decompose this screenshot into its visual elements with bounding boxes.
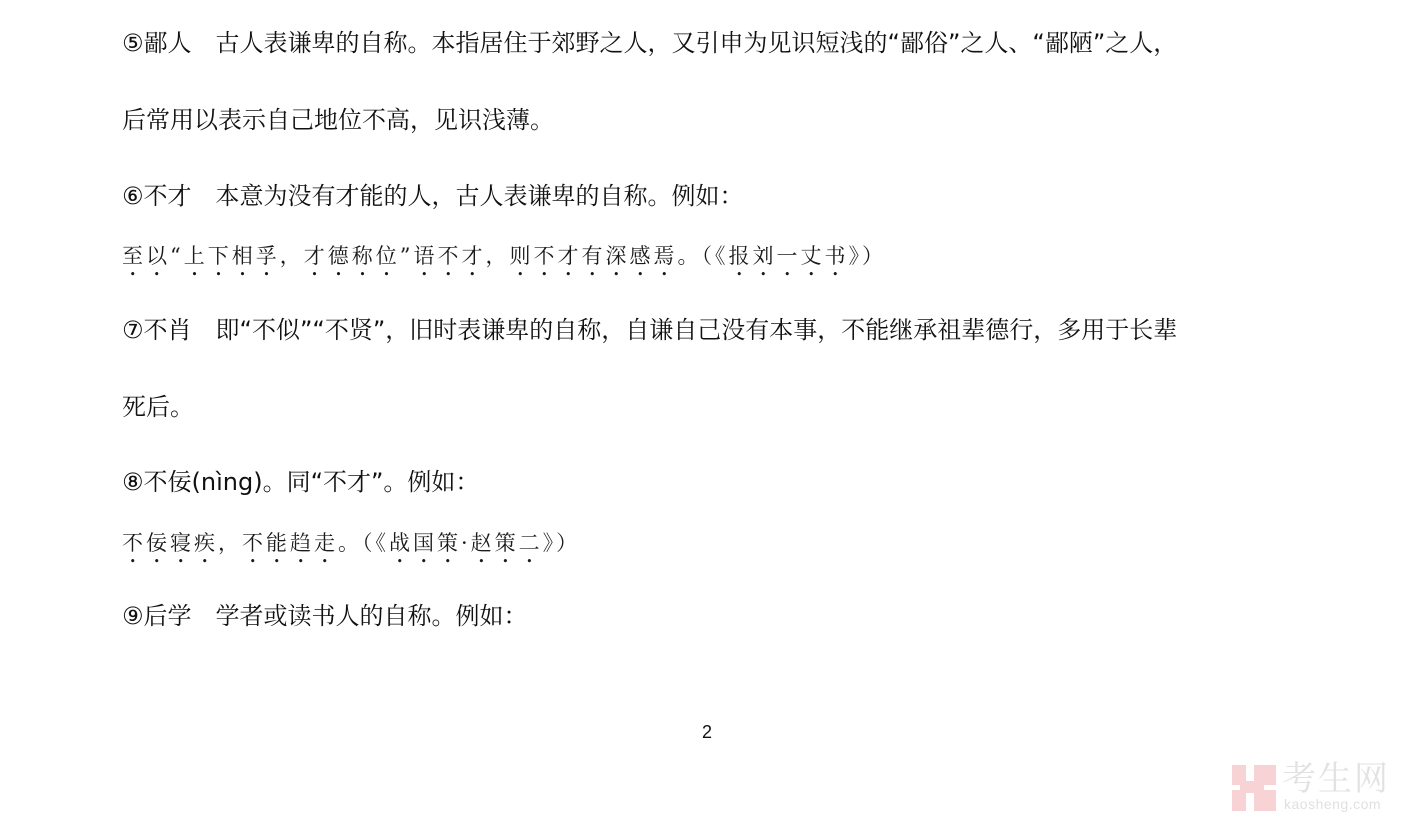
- watermark-brand-en: kaosheng.com: [1284, 796, 1381, 812]
- entry-9-line-1: ⑨后学 学者或读书人的自称。例如：: [122, 601, 528, 631]
- kaosheng-watermark: 考生网 kaosheng.com: [1232, 765, 1402, 815]
- page-number: 2: [0, 722, 1414, 743]
- entry-7-line-1: ⑦不肖 即“不似”“不贤”，旧时表谦卑的自称，自谦自己没有本事，不能继承祖辈德行…: [122, 315, 1177, 345]
- entry-7-line-2: 死后。: [122, 392, 194, 422]
- watermark-brand-cn: 考生网: [1282, 761, 1390, 797]
- entry-5-line-2: 后常用以表示自己地位不高，见识浅薄。: [122, 105, 554, 135]
- entry-6-example-quote: 至以“上下相孚，才德称位”语不才，则不才有深感焉。（《报刘一丈书》）: [122, 242, 886, 281]
- document-page: ⑤鄙人 古人表谦卑的自称。本指居住于郊野之人，又引申为见识短浅的“鄙俗”之人、“…: [0, 0, 1414, 832]
- entry-8-line-1: ⑧不佞(nìng)。同“不才”。例如：: [122, 467, 479, 497]
- kaosheng-logo-icon: [1232, 765, 1276, 811]
- entry-6-line-1: ⑥不才 本意为没有才能的人，古人表谦卑的自称。例如：: [122, 181, 744, 211]
- entry-5-line-1: ⑤鄙人 古人表谦卑的自称。本指居住于郊野之人，又引申为见识短浅的“鄙俗”之人、“…: [122, 28, 1177, 58]
- entry-8-example-quote: 不佞寝疾，不能趋走。（《战国策·赵策二》）: [122, 529, 580, 568]
